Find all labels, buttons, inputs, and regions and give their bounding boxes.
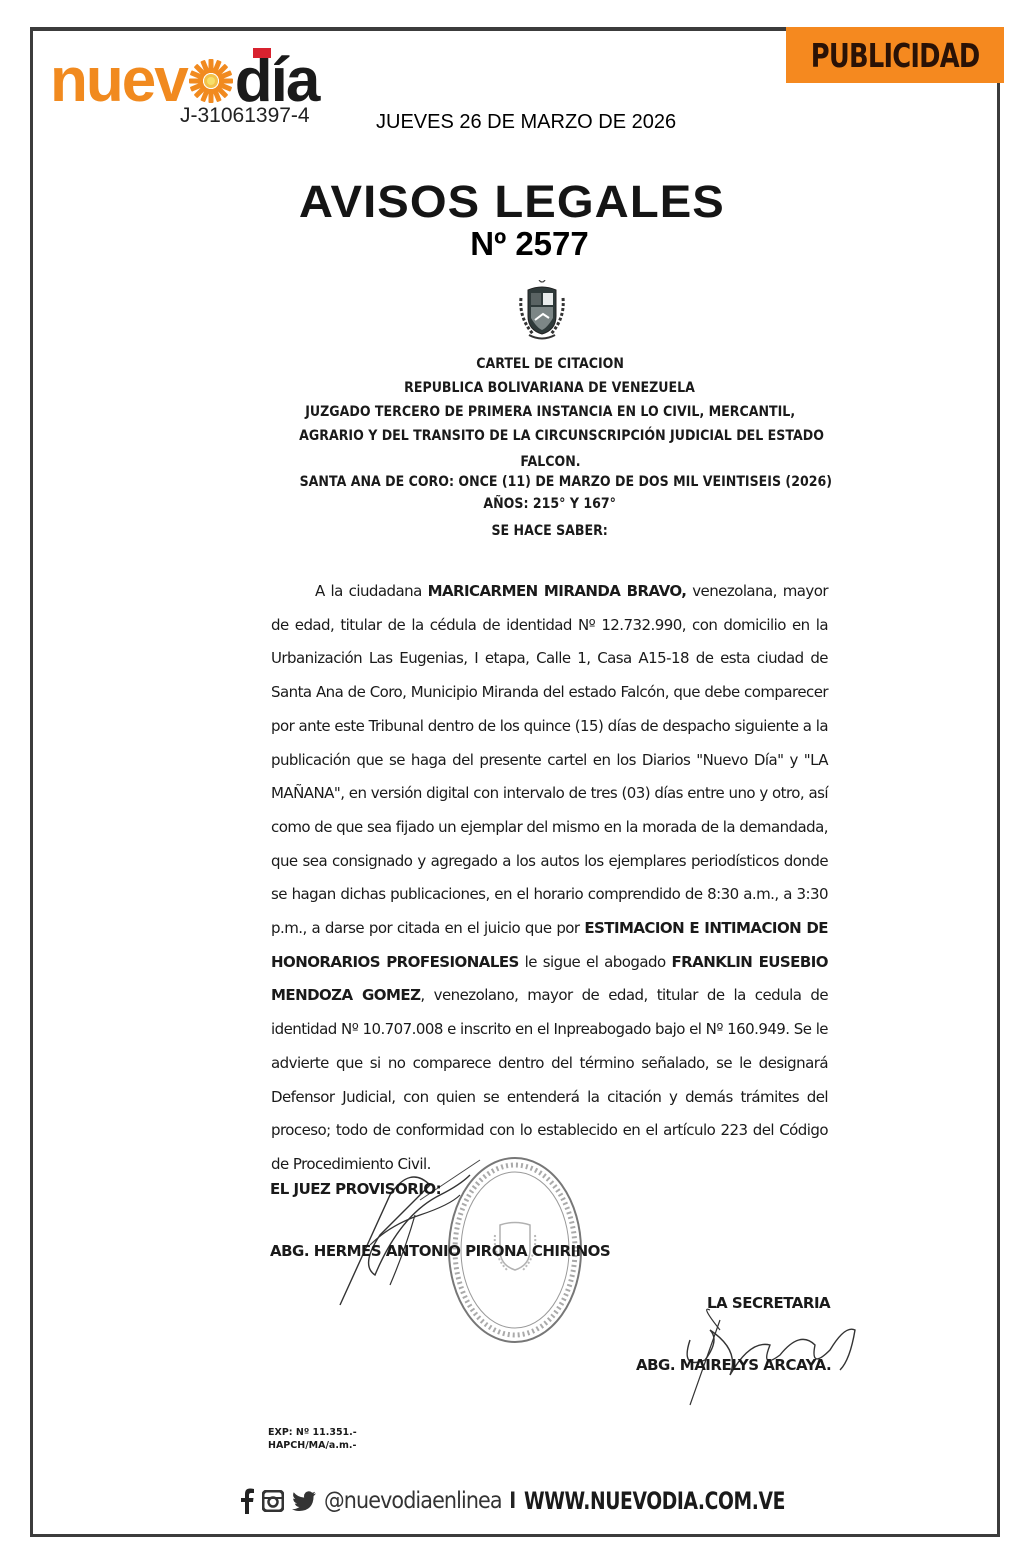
footer-bar: @nuevodiaenlinea I WWW.NUEVODIA.COM.VE [240, 1484, 859, 1518]
venezuela-coat-of-arms-icon [517, 280, 567, 342]
tax-id: J-31061397-4 [180, 104, 310, 128]
notice-heading-line: REPUBLICA BOLIVARIANA DE VENEZUELA [270, 380, 830, 396]
initials-reference: HAPCH/MA/a.m.- [268, 1439, 357, 1452]
judge-name: ABG. HERMES ANTONIO PIRONA CHIRINOS [270, 1242, 610, 1260]
notice-heading-title: CARTEL DE CITACION [270, 356, 830, 372]
body-segment: , venezolano, mayor de edad, titular de … [271, 986, 828, 1173]
twitter-icon[interactable] [292, 1491, 316, 1511]
notice-heading-line: AÑOS: 215° Y 167° [270, 496, 830, 512]
sun-icon [188, 58, 234, 104]
judge-signature [320, 1155, 500, 1315]
file-reference: EXP: Nº 11.351.- HAPCH/MA/a.m.- [268, 1426, 357, 1452]
notice-heading-line: JUZGADO TERCERO DE PRIMERA INSTANCIA EN … [270, 404, 830, 420]
body-segment: le sigue el abogado [519, 953, 672, 971]
secretary-name: ABG. MAIRELYS ARCAYA. [636, 1356, 831, 1374]
logo-text-part1: nuev [50, 56, 187, 106]
notice-heading-line: FALCON. [270, 454, 830, 470]
judge-title: EL JUEZ PROVISORIO: [270, 1180, 441, 1198]
secretary-signature [650, 1300, 870, 1410]
facebook-icon[interactable] [240, 1488, 254, 1514]
section-badge: PUBLICIDAD [786, 27, 1004, 83]
social-handle[interactable]: @nuevodiaenlinea [324, 1488, 502, 1514]
section-badge-label: PUBLICIDAD [811, 36, 980, 75]
website-link[interactable]: WWW.NUEVODIA.COM.VE [524, 1487, 785, 1515]
page-title: AVISOS LEGALES [0, 176, 1027, 228]
notice-heading-line: AGRARIO Y DEL TRANSITO DE LA CIRCUNSCRIP… [270, 428, 830, 444]
notice-heading-line: SANTA ANA DE CORO: ONCE (11) DE MARZO DE… [270, 474, 830, 490]
logo-text-part2: día [235, 56, 319, 106]
edition-number: Nº 2577 [0, 225, 1027, 263]
instagram-icon[interactable] [262, 1490, 284, 1512]
footer-separator: I [509, 1487, 516, 1515]
body-segment: venezolana, mayor de edad, titular de la… [271, 582, 828, 937]
newspaper-logo[interactable]: nuev día [50, 46, 318, 106]
notice-heading-line: SE HACE SABER: [270, 523, 830, 539]
body-segment: A la ciudadana [315, 582, 428, 600]
publication-date: JUEVES 26 DE MARZO DE 2026 [376, 111, 676, 134]
secretary-title: LA SECRETARIA [707, 1294, 830, 1312]
expedient-number: EXP: Nº 11.351.- [268, 1426, 357, 1439]
defendant-name: MARICARMEN MIRANDA BRAVO, [428, 582, 687, 600]
notice-body: A la ciudadana MARICARMEN MIRANDA BRAVO,… [271, 575, 828, 1182]
